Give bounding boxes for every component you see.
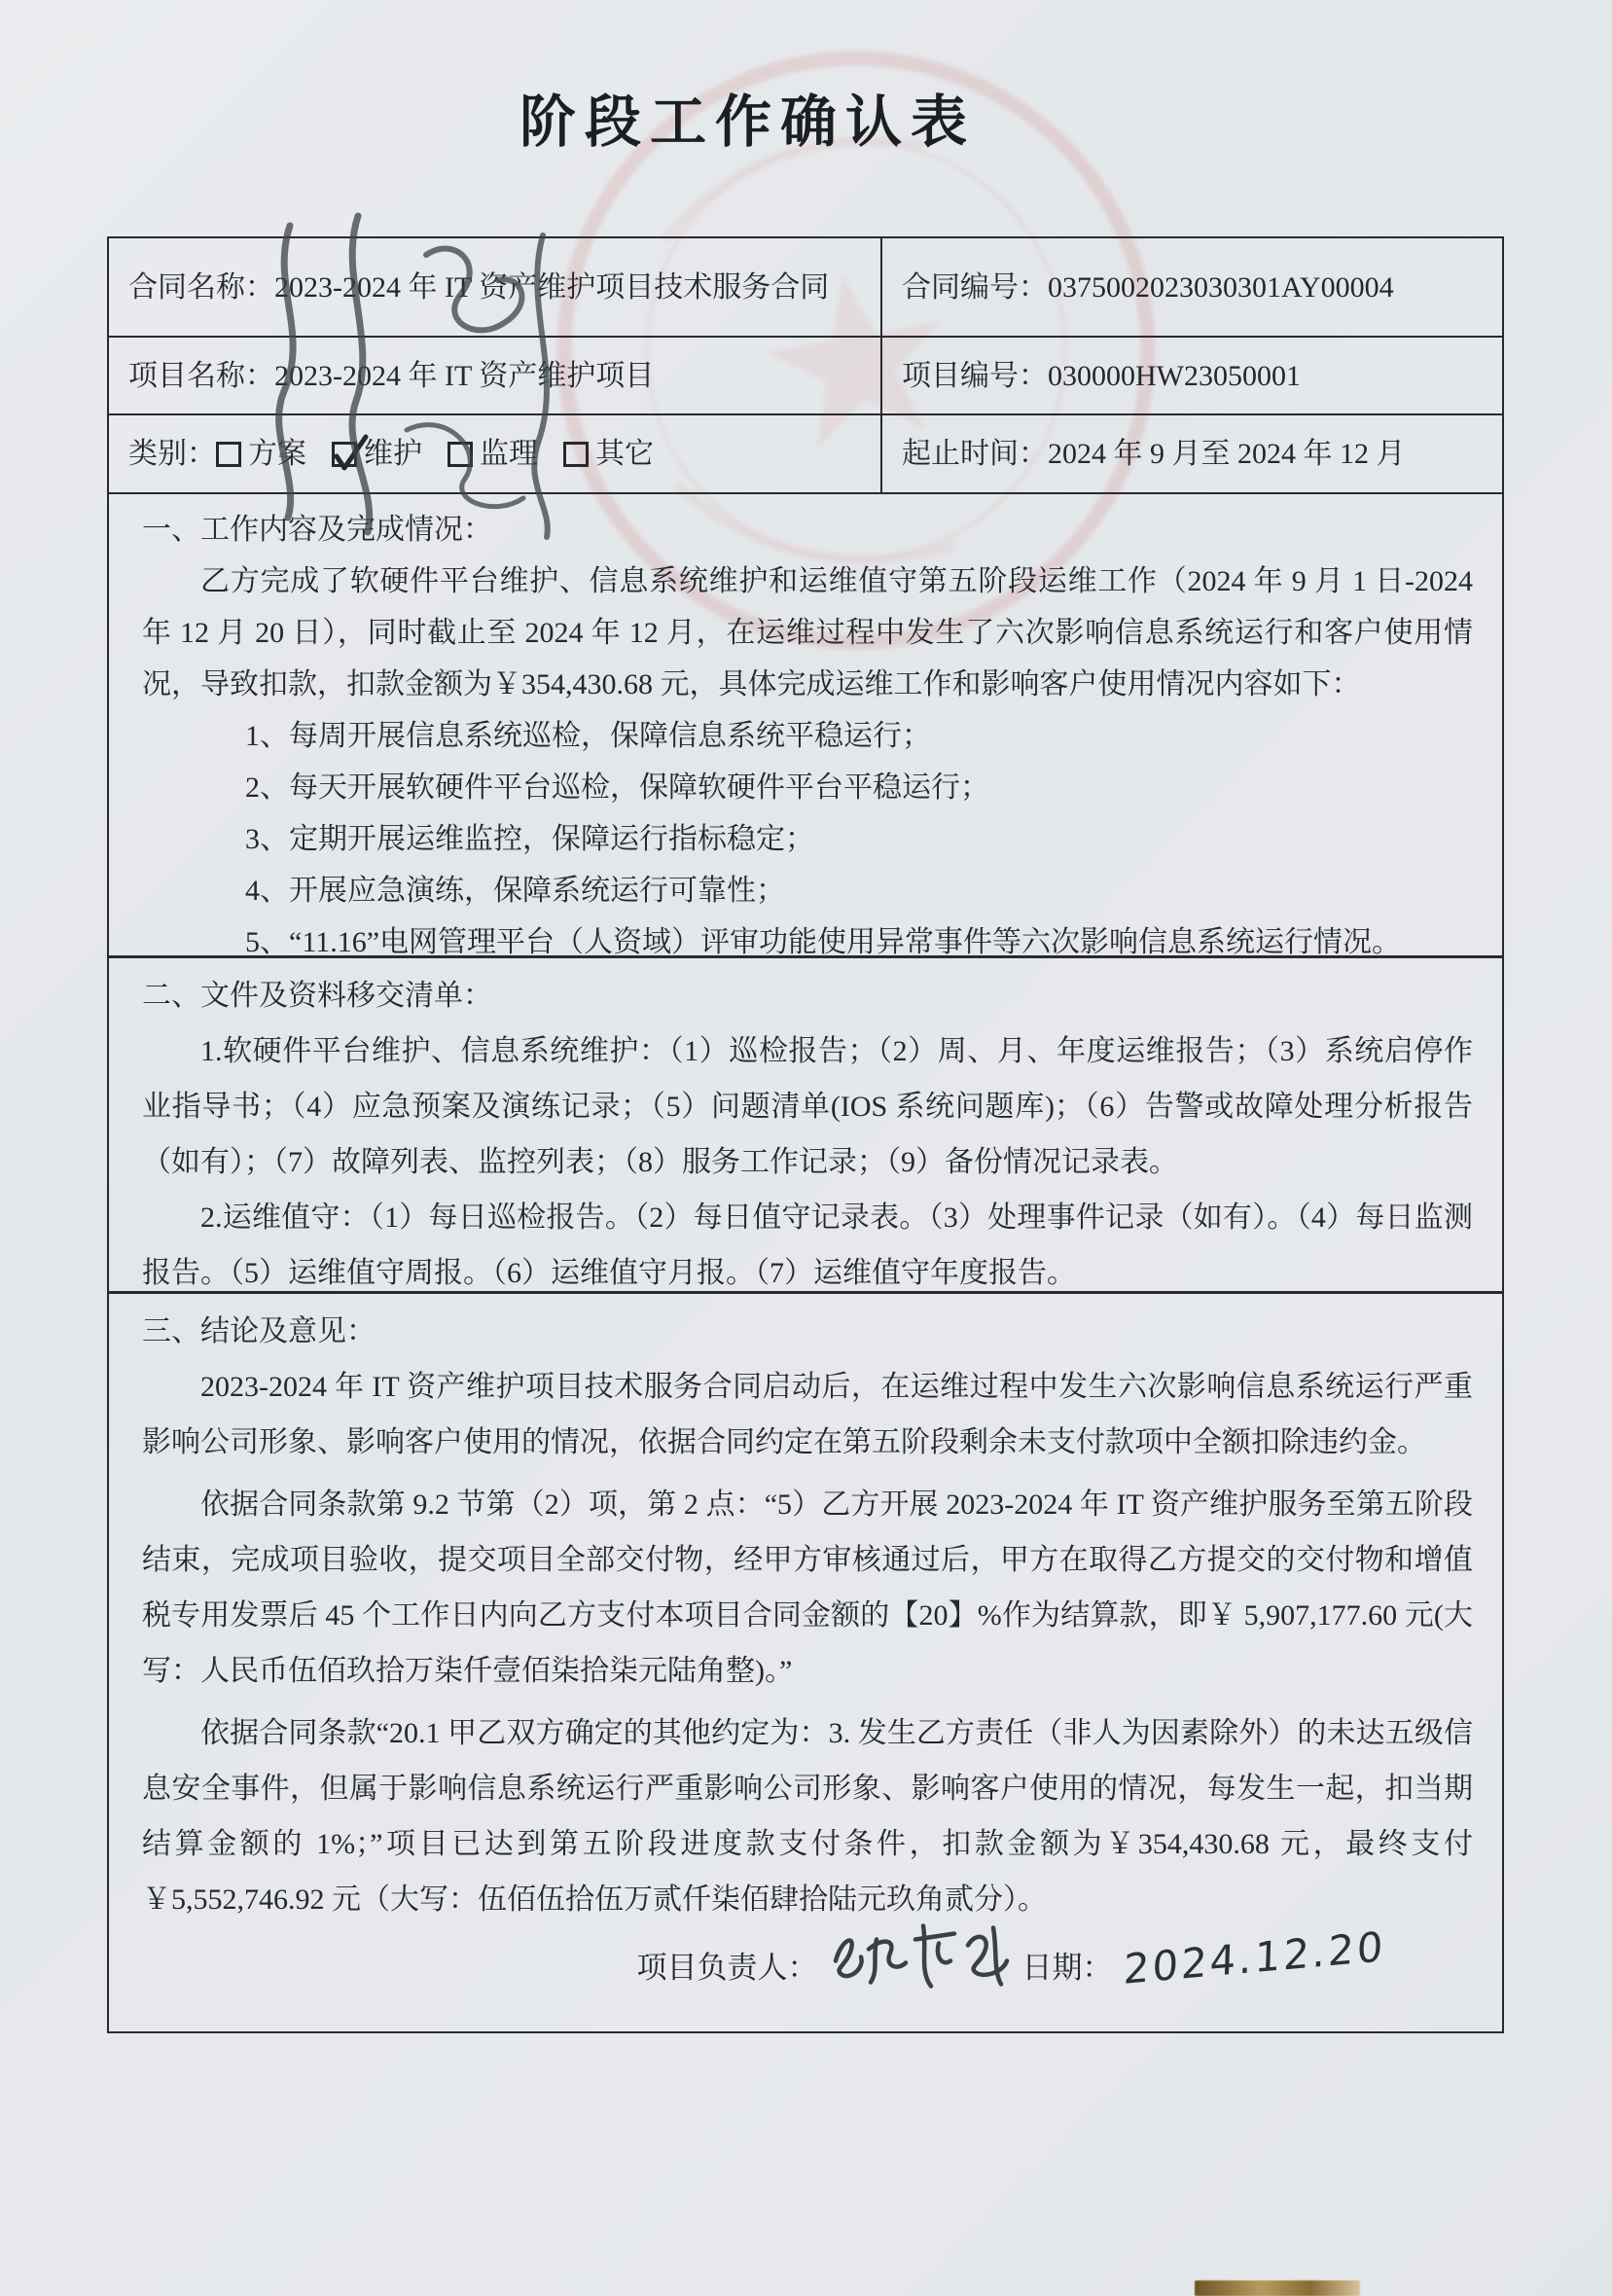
project-no-label: 项目编号： bbox=[902, 354, 1048, 398]
category-option-label: 方案 bbox=[248, 432, 306, 476]
project-name-label: 项目名称： bbox=[128, 354, 274, 398]
category-option-plan: 方案 bbox=[216, 432, 306, 476]
scan-artifact bbox=[1195, 2280, 1360, 2296]
list-item: 3、定期开展运维监控，保障运行指标稳定； bbox=[142, 813, 1473, 865]
section-deliverables: 二、文件及资料移交清单： 1.软硬件平台维护、信息系统维护：（1）巡检报告；（2… bbox=[109, 958, 1502, 1294]
section3-paragraph: 依据合同条款第 9.2 节第（2）项，第 2 点：“5）乙方开展 2023-20… bbox=[142, 1477, 1473, 1699]
handwritten-signature bbox=[822, 1908, 1017, 2000]
date-label: 日期： bbox=[1022, 1940, 1113, 1995]
category-option-supervision: 监理 bbox=[448, 432, 538, 476]
project-no-value: 030000HW23050001 bbox=[1048, 354, 1301, 398]
project-name-value: 2023-2024 年 IT 资产维护项目 bbox=[274, 354, 654, 398]
signature-row: 项目负责人： 日期： 2024.12.20 bbox=[109, 1919, 1385, 2016]
section1-paragraph: 乙方完成了软硬件平台维护、信息系统维护和运维值守第五阶段运维工作（2024 年 … bbox=[142, 556, 1473, 710]
checkbox-checked-icon bbox=[332, 442, 357, 467]
category-option-label: 维护 bbox=[364, 432, 422, 476]
page-title: 阶段工作确认表 bbox=[0, 76, 1495, 158]
project-name-cell: 项目名称：2023-2024 年 IT 资产维护项目 bbox=[109, 338, 882, 415]
handwritten-date: 2024.12.20 bbox=[1122, 1918, 1385, 1996]
category-label: 类别： bbox=[128, 432, 216, 476]
checkbox-unchecked-icon bbox=[216, 442, 241, 467]
duration-label: 起止时间： bbox=[902, 432, 1048, 476]
section2-heading: 二、文件及资料移交清单： bbox=[142, 968, 1473, 1023]
list-item: 4、开展应急演练，保障系统运行可靠性； bbox=[142, 865, 1473, 916]
category-option-other: 其它 bbox=[563, 432, 654, 476]
section3-paragraph: 2023-2024 年 IT 资产维护项目技术服务合同启动后，在运维过程中发生六… bbox=[142, 1359, 1473, 1470]
category-cell: 类别： 方案 维护 监理 bbox=[109, 415, 882, 494]
section3-paragraph: 依据合同条款“20.1 甲乙双方确定的其他约定为：3. 发生乙方责任（非人为因素… bbox=[142, 1705, 1473, 1927]
duration-cell: 起止时间：2024 年 9 月至 2024 年 12 月 bbox=[882, 415, 1502, 494]
contract-name-label: 合同名称： bbox=[128, 266, 274, 309]
section3-heading: 三、结论及意见： bbox=[142, 1304, 1473, 1359]
section2-paragraph: 1.软硬件平台维护、信息系统维护：（1）巡检报告；（2）周、月、年度运维报告；（… bbox=[142, 1023, 1473, 1190]
section-conclusion: 三、结论及意见： 2023-2024 年 IT 资产维护项目技术服务合同启动后，… bbox=[109, 1294, 1502, 2031]
document-page: 阶段工作确认表 合同名称：2023-2024 年 IT 资产维护项目技术服务合同… bbox=[0, 0, 1612, 2296]
contract-name-cell: 合同名称：2023-2024 年 IT 资产维护项目技术服务合同 bbox=[109, 238, 882, 338]
contract-name-value: 2023-2024 年 IT 资产维护项目技术服务合同 bbox=[274, 266, 829, 309]
section-work-content: 一、工作内容及完成情况： 乙方完成了软硬件平台维护、信息系统维护和运维值守第五阶… bbox=[109, 494, 1502, 958]
category-option-label: 其它 bbox=[595, 432, 654, 476]
list-item: 2、每天开展软硬件平台巡检，保障软硬件平台平稳运行； bbox=[142, 762, 1473, 813]
contract-no-label: 合同编号： bbox=[902, 266, 1048, 309]
category-option-maintenance: 维护 bbox=[332, 432, 422, 476]
section1-heading: 一、工作内容及完成情况： bbox=[142, 504, 1473, 556]
checkbox-unchecked-icon bbox=[563, 442, 589, 467]
checkbox-unchecked-icon bbox=[448, 442, 473, 467]
info-header-grid: 合同名称：2023-2024 年 IT 资产维护项目技术服务合同 合同编号：03… bbox=[109, 238, 1502, 494]
project-no-cell: 项目编号：030000HW23050001 bbox=[882, 338, 1502, 415]
category-option-label: 监理 bbox=[480, 432, 538, 476]
duration-value: 2024 年 9 月至 2024 年 12 月 bbox=[1048, 432, 1406, 476]
contract-no-value: 0375002023030301AY00004 bbox=[1048, 266, 1394, 309]
confirmation-form-table: 合同名称：2023-2024 年 IT 资产维护项目技术服务合同 合同编号：03… bbox=[107, 236, 1504, 2033]
list-item: 1、每周开展信息系统巡检，保障信息系统平稳运行； bbox=[142, 710, 1473, 762]
contract-no-cell: 合同编号：0375002023030301AY00004 bbox=[882, 238, 1502, 338]
section2-paragraph: 2.运维值守：（1）每日巡检报告。（2）每日值守记录表。（3）处理事件记录（如有… bbox=[142, 1190, 1473, 1301]
project-manager-label: 项目负责人： bbox=[637, 1940, 818, 1995]
